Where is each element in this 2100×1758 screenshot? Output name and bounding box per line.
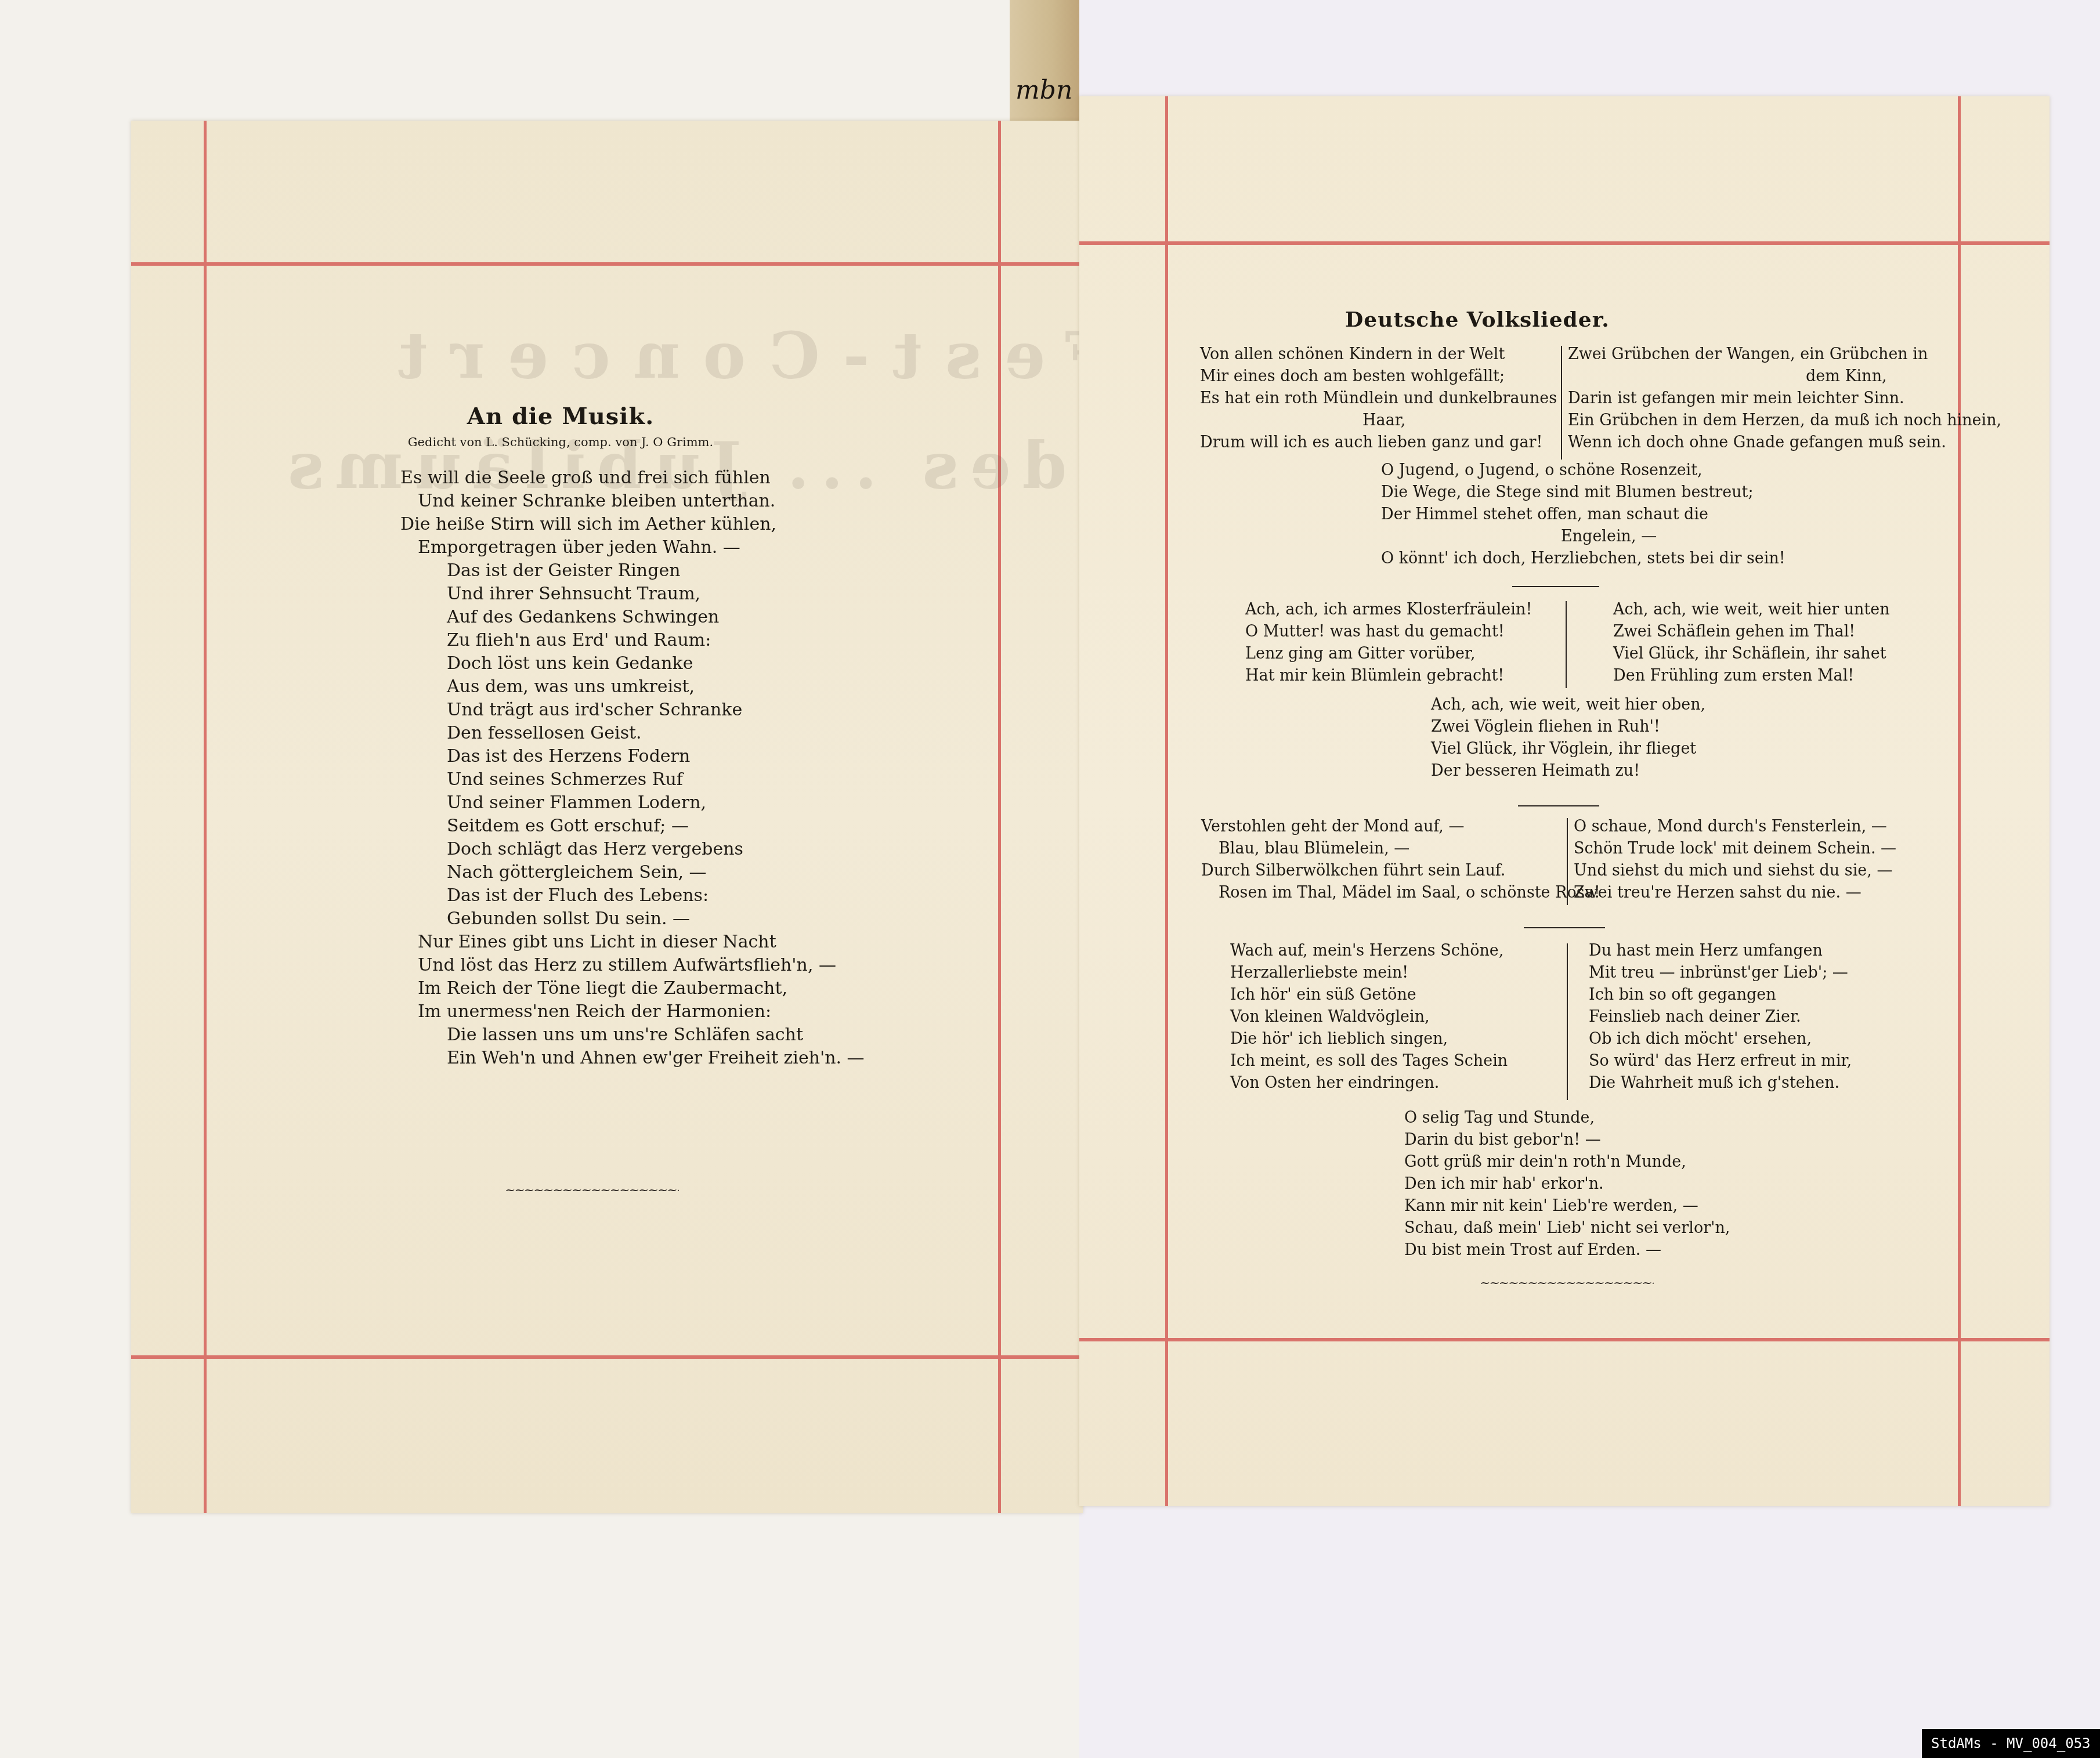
verse-line: Auf des Gedankens Schwingen	[400, 606, 865, 629]
verse-line: So würd' das Herz erfreut in mir,	[1589, 1050, 1852, 1072]
verse-line: Von allen schönen Kindern in der Welt	[1200, 343, 1557, 366]
verse-line: Es will die Seele groß und frei sich füh…	[400, 466, 865, 490]
poem-title: An die Musik.	[386, 403, 735, 430]
margin-rule-bottom	[1079, 1338, 2050, 1341]
verse-line: Die heiße Stirn will sich im Aether kühl…	[400, 513, 865, 536]
song-separator	[1512, 586, 1599, 587]
verse-line: O Jugend, o Jugend, o schöne Rosenzeit,	[1381, 460, 1785, 482]
verse-line: Den Frühling zum ersten Mal!	[1613, 665, 1890, 687]
verse-line: Verstohlen geht der Mond auf, —	[1201, 816, 1600, 838]
verse-line: Und löst das Herz zu stillem Aufwärtsfli…	[400, 954, 865, 977]
verse-line: Kann mir nit kein' Lieb're werden, —	[1404, 1195, 1730, 1217]
verse-line: Emporgetragen über jeden Wahn. —	[400, 536, 865, 559]
verse-line: Und siehst du mich und siehst du sie, —	[1574, 860, 1896, 882]
verse-line: Blau, blau Blümelein, —	[1201, 838, 1600, 860]
section-title: Deutsche Volkslieder.	[1332, 308, 1622, 332]
spine-handwriting: mbn	[1015, 75, 1072, 105]
verse-line: Von Osten her eindringen.	[1230, 1072, 1508, 1094]
margin-rule-left	[1165, 96, 1168, 1506]
verse-line: Ich meint, es soll des Tages Schein	[1230, 1050, 1508, 1072]
song4-refrain: O selig Tag und Stunde, Darin du bist ge…	[1404, 1107, 1730, 1261]
song3-right-column: O schaue, Mond durch's Fensterlein, — Sc…	[1574, 816, 1896, 904]
song4-left-column: Wach auf, mein's Herzens Schöne, Herzall…	[1230, 940, 1508, 1094]
verse-line: Wach auf, mein's Herzens Schöne,	[1230, 940, 1508, 962]
column-divider	[1567, 818, 1568, 905]
verse-line: Zu flieh'n aus Erd' und Raum:	[400, 629, 865, 652]
verse-line: Im Reich der Töne liegt die Zaubermacht,	[400, 977, 865, 1000]
verse-line: Herzallerliebste mein!	[1230, 962, 1508, 984]
verse-line: Es hat ein roth Mündlein und dunkelbraun…	[1200, 388, 1557, 410]
verse-line: Schau, daß mein' Lieb' nicht sei verlor'…	[1404, 1217, 1730, 1239]
song2-left-column: Ach, ach, ich armes Klosterfräulein! O M…	[1245, 599, 1532, 687]
verse-line: Die lassen uns um uns're Schläfen sacht	[400, 1023, 865, 1047]
verse-line: Gott grüß mir dein'n roth'n Munde,	[1404, 1151, 1730, 1173]
verse-line: Viel Glück, ihr Schäflein, ihr sahet	[1613, 643, 1890, 665]
verse-line: Nach göttergleichem Sein, —	[400, 861, 865, 884]
song-separator	[1518, 805, 1599, 806]
verse-line: Gebunden sollst Du sein. —	[400, 907, 865, 931]
verse-line: Mit treu — inbrünst'ger Lieb'; —	[1589, 962, 1852, 984]
column-divider	[1567, 943, 1568, 1100]
verse-line: Rosen im Thal, Mädel im Saal, o schönste…	[1201, 882, 1600, 904]
verse-line: Seitdem es Gott erschuf; —	[400, 815, 865, 838]
verse-line: Der Himmel stehet offen, man schaut die	[1381, 504, 1785, 526]
verse-line: Doch löst uns kein Gedanke	[400, 652, 865, 675]
wave-ornament: ~~~~~~~~~~~~~~~~~~~~~~~~~~~~	[505, 1187, 679, 1194]
verse-line: Darin du bist gebor'n! —	[1404, 1129, 1730, 1151]
verse-line: Darin ist gefangen mir mein leichter Sin…	[1568, 388, 2001, 410]
verse-line: Engelein, —	[1381, 526, 1785, 548]
verse-line: Die hör' ich lieblich singen,	[1230, 1028, 1508, 1050]
verse-line: O schaue, Mond durch's Fensterlein, —	[1574, 816, 1896, 838]
verse-line: Ich bin so oft gegangen	[1589, 984, 1852, 1006]
verse-line: O selig Tag und Stunde,	[1404, 1107, 1730, 1129]
verse-line: Die Wahrheit muß ich g'stehen.	[1589, 1072, 1852, 1094]
verse-line: O könnt' ich doch, Herzliebchen, stets b…	[1381, 548, 1785, 570]
verse-line: Von kleinen Waldvöglein,	[1230, 1006, 1508, 1028]
song2-right-column: Ach, ach, wie weit, weit hier unten Zwei…	[1613, 599, 1890, 687]
verse-line: dem Kinn,	[1568, 366, 2001, 388]
verse-line: Ach, ach, wie weit, weit hier unten	[1613, 599, 1890, 621]
verse-line: Wenn ich doch ohne Gnade gefangen muß se…	[1568, 432, 2001, 454]
verse-line: Du hast mein Herz umfangen	[1589, 940, 1852, 962]
verse-line: Und seines Schmerzes Ruf	[400, 768, 865, 791]
verse-line: Feinslieb nach deiner Zier.	[1589, 1006, 1852, 1028]
song-separator	[1524, 927, 1605, 928]
song2-refrain: Ach, ach, wie weit, weit hier oben, Zwei…	[1431, 694, 1705, 782]
margin-rule-left	[204, 121, 207, 1513]
verse-line: Zwei Schäflein gehen im Thal!	[1613, 621, 1890, 643]
verse-line: Ein Weh'n und Ahnen ew'ger Freiheit zieh…	[400, 1047, 865, 1070]
verse-line: Ich hör' ein süß Getöne	[1230, 984, 1508, 1006]
margin-rule-right	[1958, 96, 1961, 1506]
verse-line: Das ist der Fluch des Lebens:	[400, 884, 865, 907]
verse-line: Ein Grübchen in dem Herzen, da muß ich n…	[1568, 410, 2001, 432]
verse-line: Das ist der Geister Ringen	[400, 559, 865, 583]
verse-line: Ach, ach, wie weit, weit hier oben,	[1431, 694, 1705, 716]
song3-left-column: Verstohlen geht der Mond auf, — Blau, bl…	[1201, 816, 1600, 904]
verse-line: Und seiner Flammen Lodern,	[400, 791, 865, 815]
song1-refrain: O Jugend, o Jugend, o schöne Rosenzeit, …	[1381, 460, 1785, 570]
verse-line: Lenz ging am Gitter vorüber,	[1245, 643, 1532, 665]
verse-line: Haar,	[1200, 410, 1557, 432]
column-divider	[1566, 601, 1567, 688]
verse-line: Und ihrer Sehnsucht Traum,	[400, 583, 865, 606]
margin-rule-top	[131, 262, 1083, 266]
poem-attribution: Gedicht von L. Schücking, comp. von J. O…	[328, 435, 793, 449]
verse-line: Und keiner Schranke bleiben unterthan.	[400, 490, 865, 513]
verse-line: Mir eines doch am besten wohlgefällt;	[1200, 366, 1557, 388]
left-page: Fest-Concert Feier des ... Jubiläums An …	[131, 121, 1083, 1513]
verse-line: Nur Eines gibt uns Licht in dieser Nacht	[400, 931, 865, 954]
verse-line: Der besseren Heimath zu!	[1431, 760, 1705, 782]
song1-left-column: Von allen schönen Kindern in der Welt Mi…	[1200, 343, 1557, 454]
verse-line: Viel Glück, ihr Vöglein, ihr flieget	[1431, 738, 1705, 760]
song1-right-column: Zwei Grübchen der Wangen, ein Grübchen i…	[1568, 343, 2001, 454]
verse-line: Durch Silberwölkchen führt sein Lauf.	[1201, 860, 1600, 882]
verse-line: Den fessellosen Geist.	[400, 722, 865, 745]
verse-line: Drum will ich es auch lieben ganz und ga…	[1200, 432, 1557, 454]
column-divider	[1561, 346, 1562, 460]
right-page: Deutsche Volkslieder. Von allen schönen …	[1079, 96, 2050, 1506]
bleedthrough-heading: Fest-Concert	[375, 318, 1110, 393]
verse-line: Hat mir kein Blümlein gebracht!	[1245, 665, 1532, 687]
verse-line: Im unermess'nen Reich der Harmonien:	[400, 1000, 865, 1023]
song4-right-column: Du hast mein Herz umfangen Mit treu — in…	[1589, 940, 1852, 1094]
verse-line: Du bist mein Trost auf Erden. —	[1404, 1239, 1730, 1261]
verse-line: Die Wege, die Stege sind mit Blumen best…	[1381, 482, 1785, 504]
verse-line: Ach, ach, ich armes Klosterfräulein!	[1245, 599, 1532, 621]
margin-rule-top	[1079, 241, 2050, 245]
margin-rule-bottom	[131, 1355, 1083, 1359]
verse-line: Ob ich dich möcht' ersehen,	[1589, 1028, 1852, 1050]
verse-line: Den ich mir hab' erkor'n.	[1404, 1173, 1730, 1195]
verse-line: Doch schlägt das Herz vergebens	[400, 838, 865, 861]
verse-line: Schön Trude lock' mit deinem Schein. —	[1574, 838, 1896, 860]
verse-line: Aus dem, was uns umkreist,	[400, 675, 865, 699]
verse-line: Zwei Grübchen der Wangen, ein Grübchen i…	[1568, 343, 2001, 366]
verse-line: Zwei treu're Herzen sahst du nie. —	[1574, 882, 1896, 904]
verse-line: Zwei Vöglein fliehen in Ruh'!	[1431, 716, 1705, 738]
verse-line: Das ist des Herzens Fodern	[400, 745, 865, 768]
archive-id-label: StdAMs - MV_004_053	[1922, 1729, 2100, 1758]
verse-line: Und trägt aus ird'scher Schranke	[400, 699, 865, 722]
verse-line: O Mutter! was hast du gemacht!	[1245, 621, 1532, 643]
binding-spine	[1010, 0, 1079, 139]
poem-body: Es will die Seele groß und frei sich füh…	[400, 466, 865, 1070]
wave-ornament: ~~~~~~~~~~~~~~~~~~~~~~~~~~~~	[1480, 1280, 1654, 1287]
